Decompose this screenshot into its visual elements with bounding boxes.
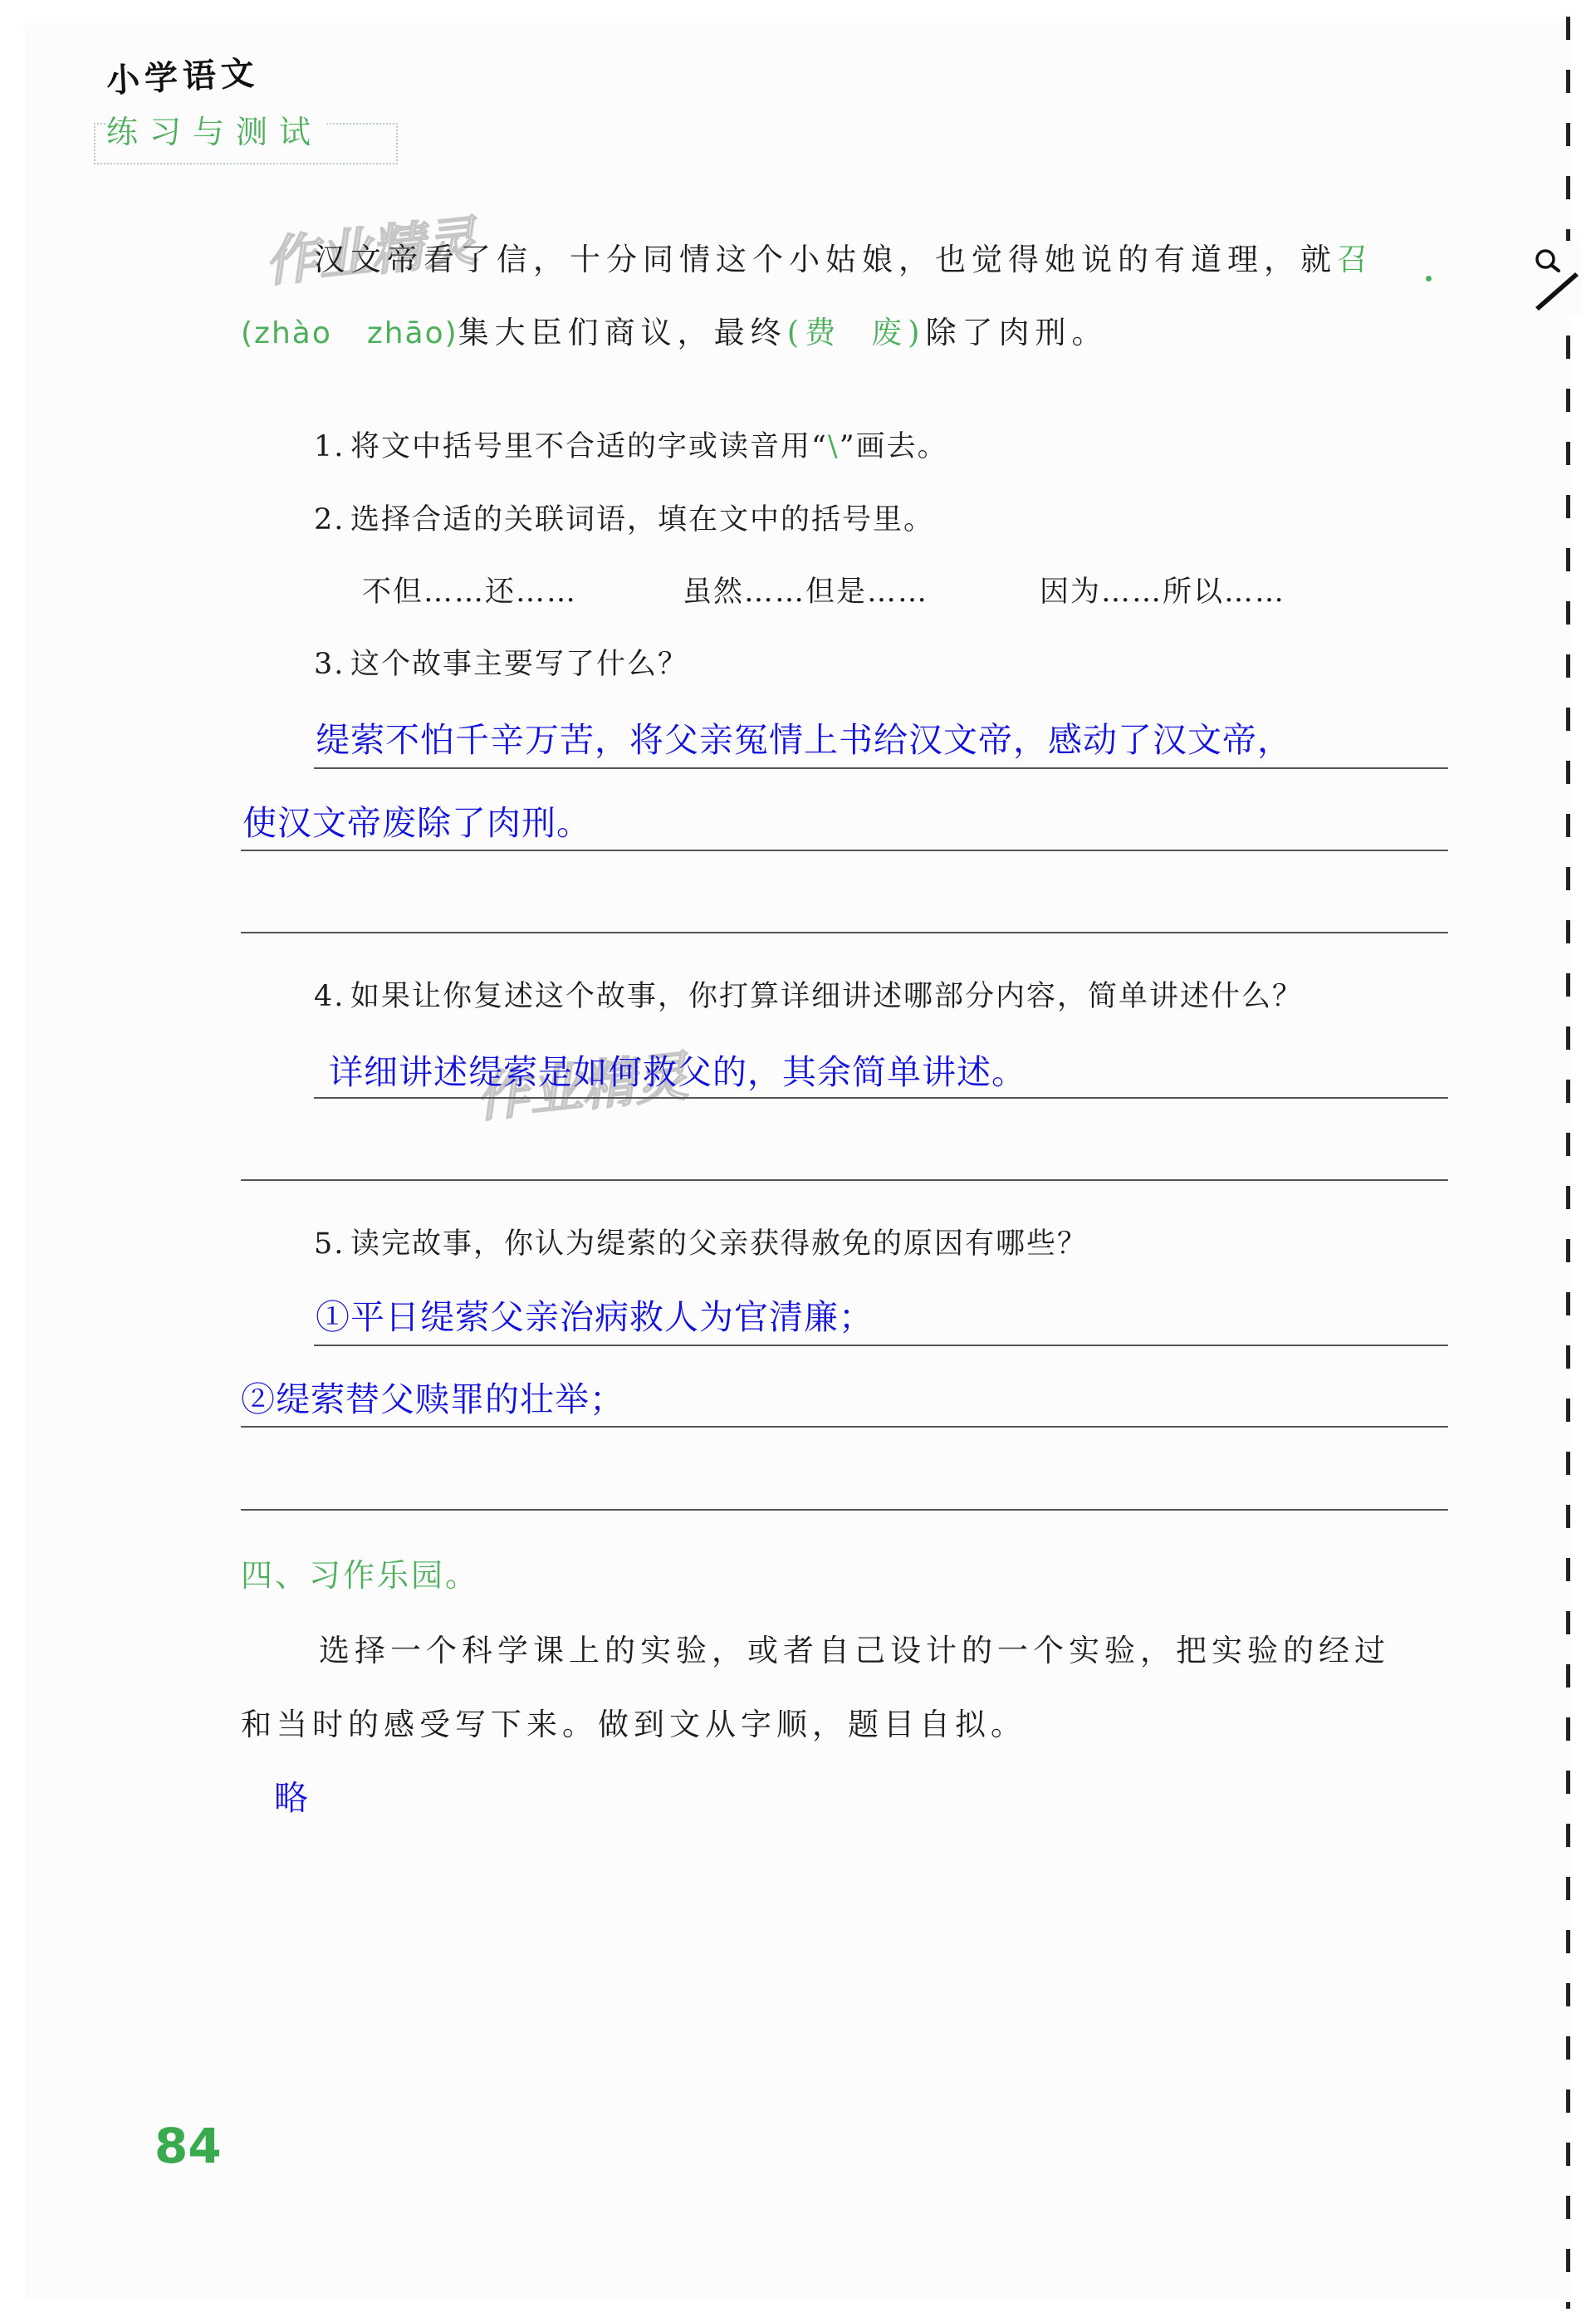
- question-2-text: 选择合适的关联词语，填在文中的括号里。: [350, 503, 934, 536]
- page-paper: [25, 23, 1571, 2299]
- question-1-text-b: ”画去。: [840, 430, 948, 463]
- passage-line-1-text: 汉文帝看了信，十分同情这个小姑娘，也觉得她说的有道理，就: [314, 242, 1337, 277]
- question-5-text: 读完故事，你认为缇萦的父亲获得赦免的原因有哪些？: [350, 1227, 1088, 1261]
- answer-line: [314, 767, 1448, 769]
- answer-line: [241, 932, 1448, 933]
- series-title: 小学语文: [105, 47, 261, 102]
- passage-line-1: 汉文帝看了信，十分同情这个小姑娘，也觉得她说的有道理，就召: [314, 234, 1373, 279]
- answer-line: [241, 850, 1448, 851]
- question-3-number: 3.: [314, 648, 350, 681]
- word-choice-2: 废): [871, 315, 925, 350]
- answer-line: [241, 1509, 1448, 1511]
- page-number: 84: [154, 2118, 222, 2174]
- question-2-number: 2.: [314, 503, 350, 536]
- question-3-text: 这个故事主要写了什么？: [350, 648, 688, 681]
- section-4-prompt-line-1: 选择一个科学课上的实验，或者自己设计的一个实验，把实验的经过: [319, 1625, 1390, 1670]
- question-3: 3.这个故事主要写了什么？: [314, 641, 688, 683]
- question-4-text: 如果让你复述这个故事，你打算详细讲述哪部分内容，简单讲述什么？: [350, 980, 1303, 1013]
- answer-line: [314, 1345, 1448, 1346]
- emphasis-dot: [1426, 276, 1432, 282]
- passage-line-2: (zhàozhāo)集大臣们商议，最终(费废)除了肉刑。: [241, 307, 1109, 352]
- question-5-number: 5.: [314, 1227, 350, 1261]
- question-1: 1.将文中括号里不合适的字或读音用“\”画去。: [314, 424, 948, 465]
- pinyin-choice-2: zhāo): [367, 316, 458, 350]
- cut-line: [1566, 17, 1570, 2309]
- conjunction-option-2: 虽然……但是……: [683, 569, 928, 610]
- answer-5-line-2: ②缇萦替父赎罪的壮举；: [241, 1372, 624, 1421]
- word-choice-1: (费: [787, 315, 841, 350]
- section-4-prompt-line-2: 和当时的感受写下来。做到文从字顺，题目自拟。: [241, 1699, 1026, 1744]
- answer-3-line-2: 使汉文帝废除了肉刑。: [242, 796, 591, 845]
- answer-5-line-1: ①平日缇萦父亲治病救人为官清廉；: [316, 1290, 874, 1339]
- strike-mark: \: [828, 430, 840, 463]
- question-1-text-a: 将文中括号里不合适的字或读音用“: [350, 430, 828, 463]
- answer-line: [314, 1097, 1448, 1099]
- question-4: 4.如果让你复述这个故事，你打算详细讲述哪部分内容，简单讲述什么？: [314, 973, 1303, 1015]
- question-2: 2.选择合适的关联词语，填在文中的括号里。: [314, 497, 934, 538]
- passage-line-2-end: 除了肉刑。: [926, 315, 1109, 350]
- pinyin-choice-1: (zhào: [241, 316, 332, 350]
- conjunction-option-1: 不但……还……: [362, 569, 577, 610]
- scissors-icon: [1532, 241, 1582, 316]
- answer-line: [241, 1426, 1448, 1428]
- choice-char-zhao: 召: [1337, 242, 1373, 277]
- question-1-number: 1.: [314, 430, 350, 463]
- section-4-answer: 略: [274, 1771, 309, 1820]
- answer-line: [241, 1179, 1448, 1181]
- passage-line-2-mid: 集大臣们商议，最终: [458, 315, 787, 350]
- conjunction-option-3: 因为……所以……: [1040, 569, 1285, 610]
- question-4-number: 4.: [314, 980, 350, 1013]
- book-subtitle: 练习与测试: [106, 106, 327, 152]
- answer-3-line-1: 缇萦不怕千辛万苦，将父亲冤情上书给汉文帝，感动了汉文帝，: [316, 713, 1292, 762]
- section-4-heading: 四、习作乐园。: [241, 1550, 479, 1595]
- answer-4-line-1: 详细讲述缇萦是如何救父的，其余简单讲述。: [329, 1045, 1026, 1094]
- question-5: 5.读完故事，你认为缇萦的父亲获得赦免的原因有哪些？: [314, 1221, 1088, 1262]
